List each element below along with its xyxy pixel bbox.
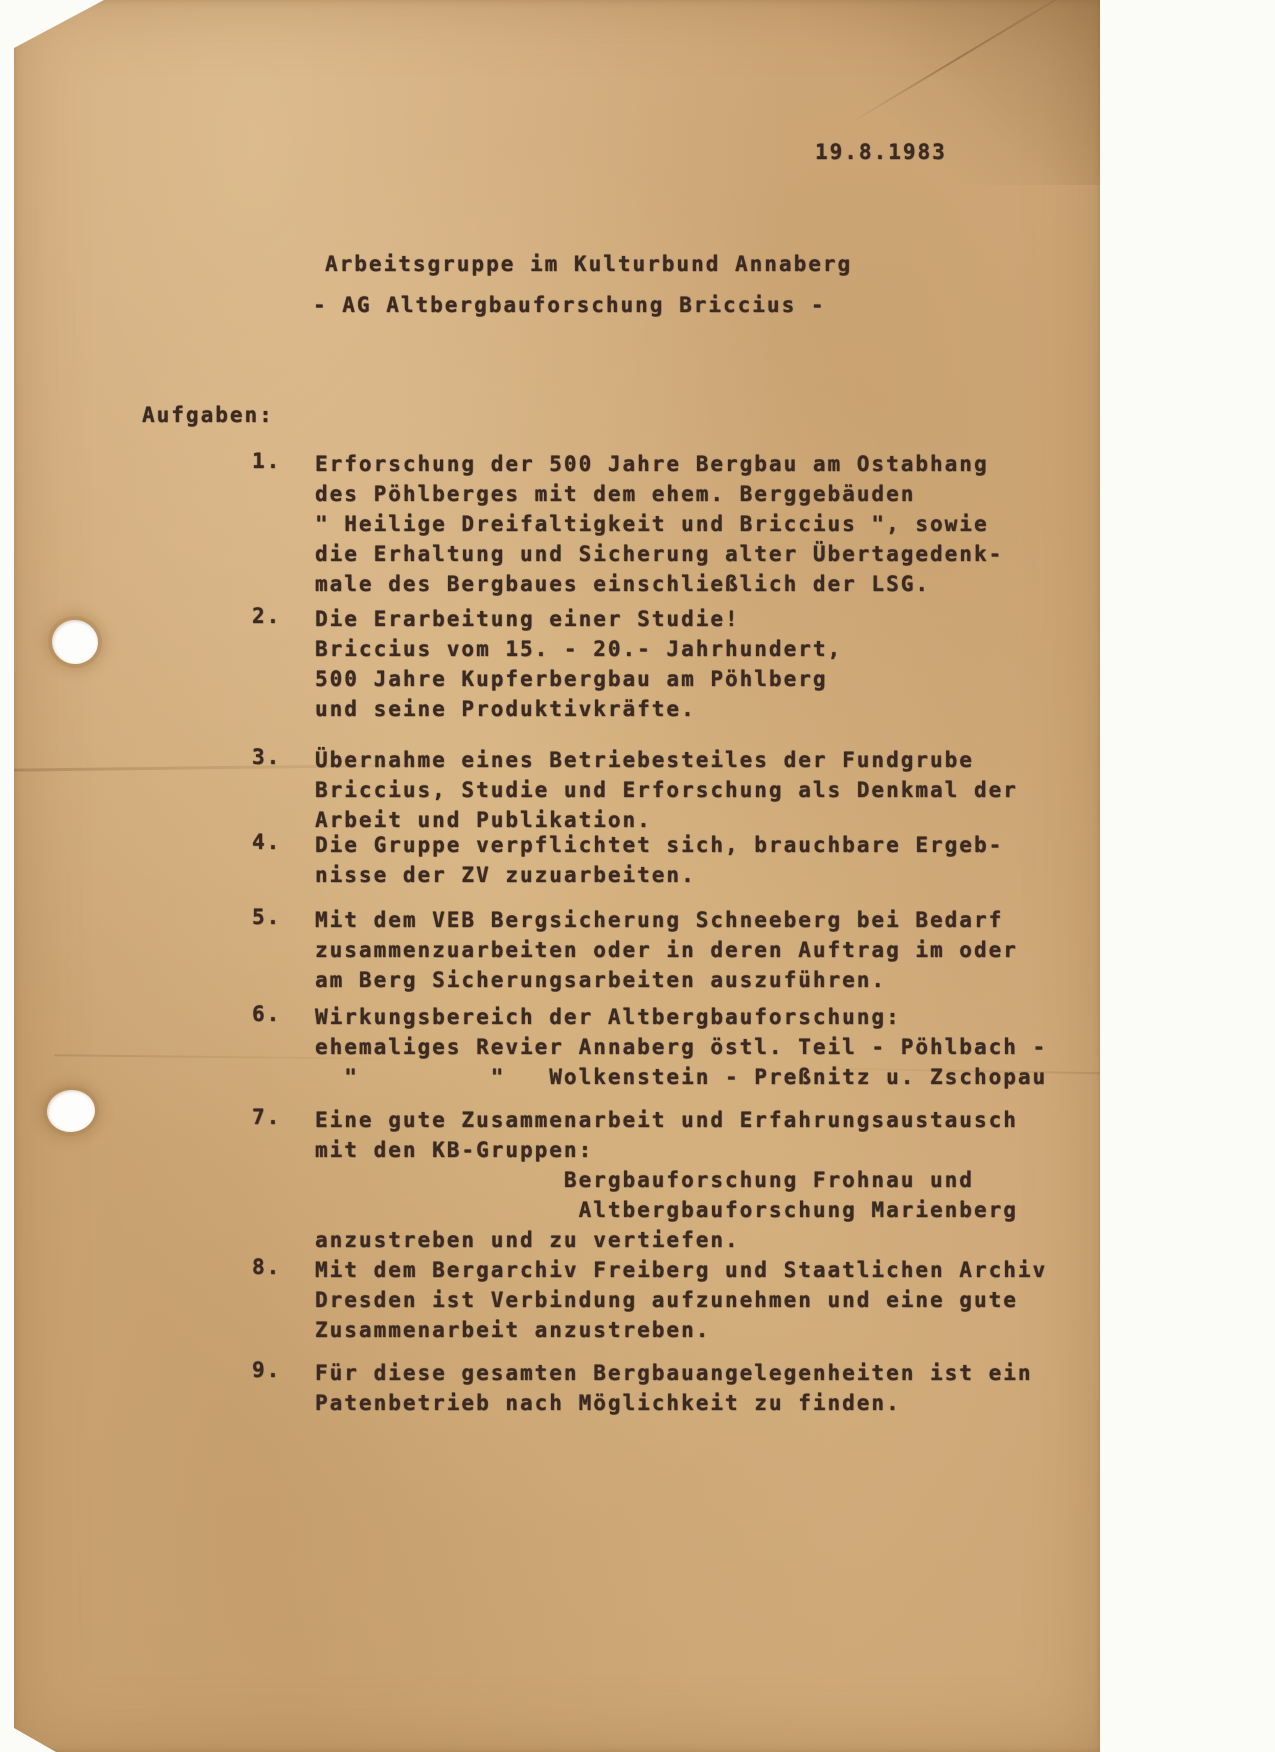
item-lines: Die Erarbeitung einer Studie!Briccius vo… bbox=[315, 604, 1115, 724]
item-number: 9. bbox=[252, 1358, 281, 1382]
item-line: Eine gute Zusammenarbeit und Erfahrungsa… bbox=[315, 1105, 1115, 1135]
item-line: nisse der ZV zuzuarbeiten. bbox=[315, 860, 1115, 890]
item-line: Die Erarbeitung einer Studie! bbox=[315, 604, 1115, 634]
item-line: " " Wolkenstein - Preßnitz u. Zschopau bbox=[315, 1062, 1115, 1092]
item-number: 2. bbox=[252, 604, 281, 628]
item-line: Für diese gesamten Bergbauangelegenheite… bbox=[315, 1358, 1115, 1388]
item-number: 3. bbox=[252, 745, 281, 769]
section-label-aufgaben: Aufgaben: bbox=[142, 403, 274, 427]
document-date: 19.8.1983 bbox=[815, 140, 947, 164]
item-lines: Die Gruppe verpflichtet sich, brauchbare… bbox=[315, 830, 1115, 890]
item-lines: Eine gute Zusammenarbeit und Erfahrungsa… bbox=[315, 1105, 1115, 1255]
item-line: Bergbauforschung Frohnau und bbox=[315, 1165, 1115, 1195]
item-number: 4. bbox=[252, 830, 281, 854]
item-lines: Erforschung der 500 Jahre Bergbau am Ost… bbox=[315, 449, 1115, 599]
document-content: 19.8.1983 Arbeitsgruppe im Kulturbund An… bbox=[0, 0, 1275, 1752]
item-number: 5. bbox=[252, 905, 281, 929]
item-line: Wirkungsbereich der Altbergbauforschung: bbox=[315, 1002, 1115, 1032]
item-line: 500 Jahre Kupferbergbau am Pöhlberg bbox=[315, 664, 1115, 694]
item-line: " Heilige Dreifaltigkeit und Briccius ",… bbox=[315, 509, 1115, 539]
item-line: male des Bergbaues einschließlich der LS… bbox=[315, 569, 1115, 599]
item-line: Mit dem VEB Bergsicherung Schneeberg bei… bbox=[315, 905, 1115, 935]
item-line: Altbergbauforschung Marienberg bbox=[315, 1195, 1115, 1225]
item-line: Mit dem Bergarchiv Freiberg und Staatlic… bbox=[315, 1255, 1115, 1285]
item-line: am Berg Sicherungsarbeiten auszuführen. bbox=[315, 965, 1115, 995]
item-lines: Mit dem VEB Bergsicherung Schneeberg bei… bbox=[315, 905, 1115, 995]
item-line: Übernahme eines Betriebesteiles der Fund… bbox=[315, 745, 1115, 775]
item-line: zusammenzuarbeiten oder in deren Auftrag… bbox=[315, 935, 1115, 965]
item-line: des Pöhlberges mit dem ehem. Berggebäude… bbox=[315, 479, 1115, 509]
item-lines: Mit dem Bergarchiv Freiberg und Staatlic… bbox=[315, 1255, 1115, 1345]
item-line: Dresden ist Verbindung aufzunehmen und e… bbox=[315, 1285, 1115, 1315]
item-line: Die Gruppe verpflichtet sich, brauchbare… bbox=[315, 830, 1115, 860]
item-line: mit den KB-Gruppen: bbox=[315, 1135, 1115, 1165]
item-line: Patenbetrieb nach Möglichkeit zu finden. bbox=[315, 1388, 1115, 1418]
item-line: Zusammenarbeit anzustreben. bbox=[315, 1315, 1115, 1345]
item-lines: Übernahme eines Betriebesteiles der Fund… bbox=[315, 745, 1115, 835]
item-number: 6. bbox=[252, 1002, 281, 1026]
item-line: die Erhaltung und Sicherung alter Überta… bbox=[315, 539, 1115, 569]
item-number: 8. bbox=[252, 1255, 281, 1279]
item-lines: Für diese gesamten Bergbauangelegenheite… bbox=[315, 1358, 1115, 1418]
document-title-line1: Arbeitsgruppe im Kulturbund Annaberg bbox=[325, 252, 852, 276]
item-number: 1. bbox=[252, 449, 281, 473]
item-line: Erforschung der 500 Jahre Bergbau am Ost… bbox=[315, 449, 1115, 479]
item-line: anzustreben und zu vertiefen. bbox=[315, 1225, 1115, 1255]
item-line: Briccius vom 15. - 20.- Jahrhundert, bbox=[315, 634, 1115, 664]
document-title-line2: - AG Altbergbauforschung Briccius - bbox=[313, 293, 826, 317]
item-lines: Wirkungsbereich der Altbergbauforschung:… bbox=[315, 1002, 1115, 1092]
item-line: Briccius, Studie und Erforschung als Den… bbox=[315, 775, 1115, 805]
item-number: 7. bbox=[252, 1105, 281, 1129]
item-line: und seine Produktivkräfte. bbox=[315, 694, 1115, 724]
item-line: ehemaliges Revier Annaberg östl. Teil - … bbox=[315, 1032, 1115, 1062]
